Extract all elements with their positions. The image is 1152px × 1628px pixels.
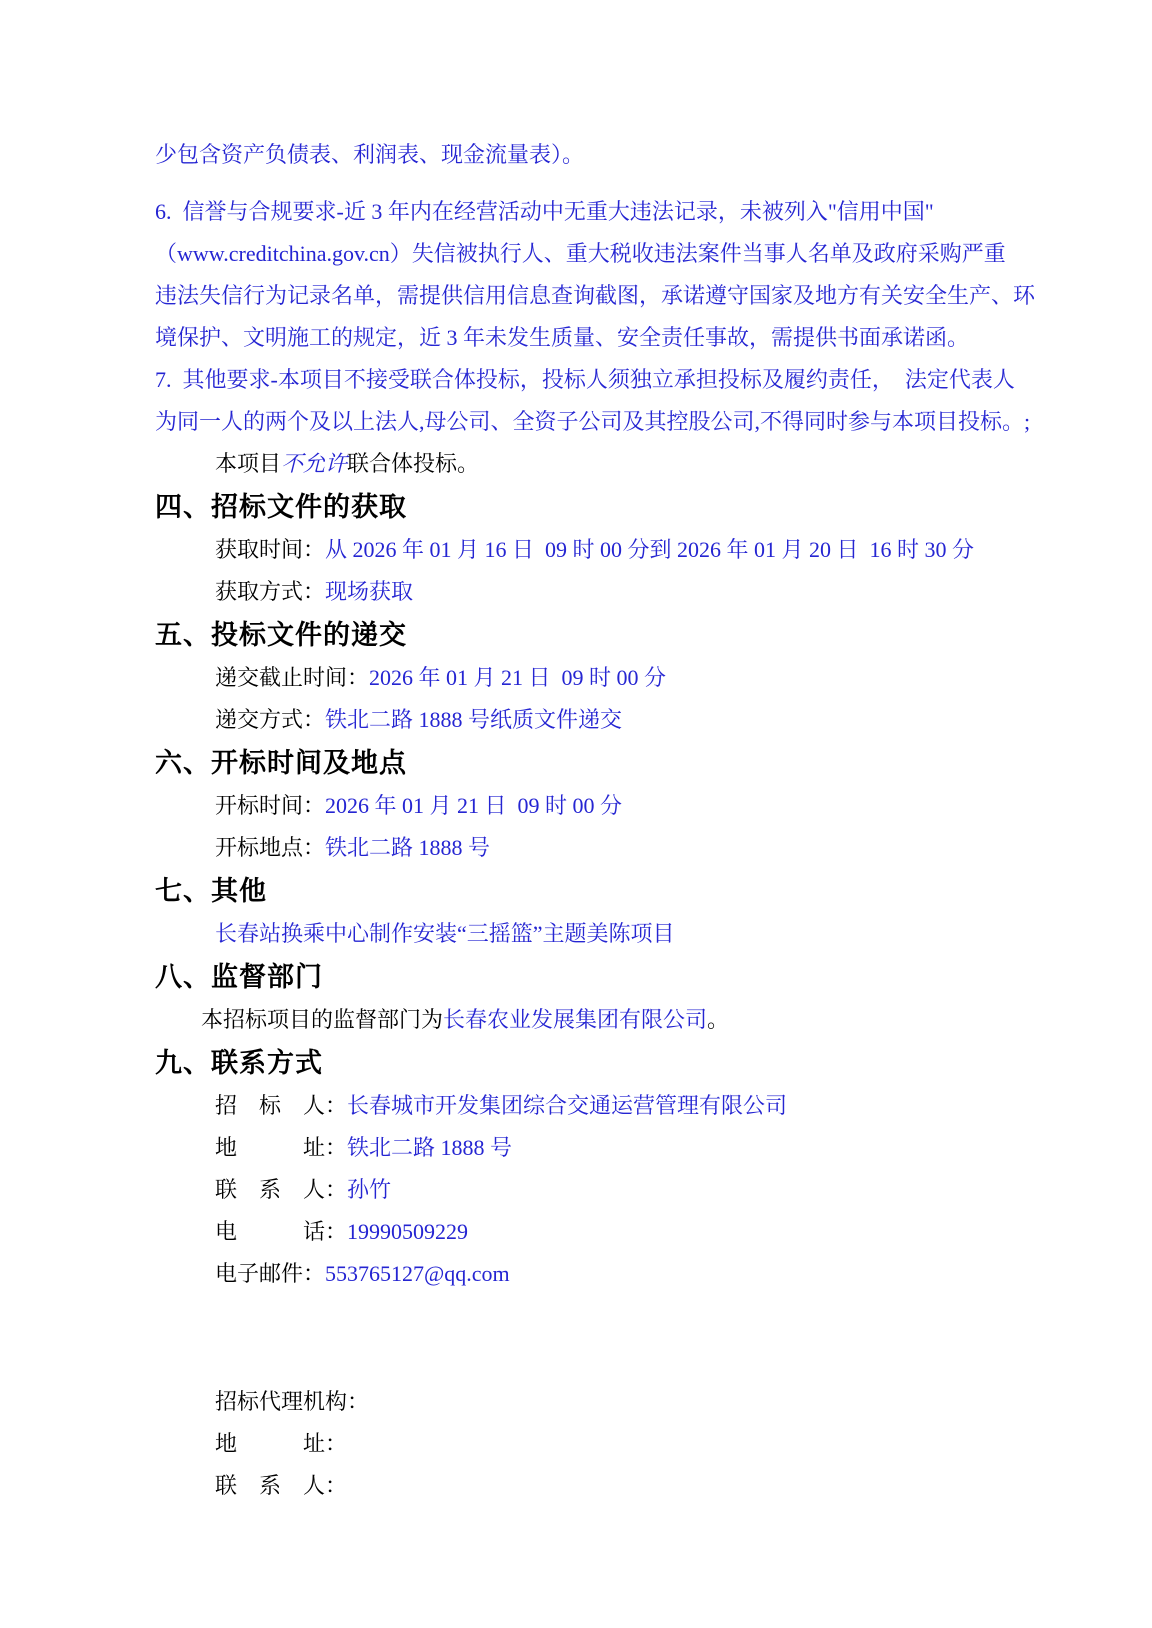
paragraph-line: 为同一人的两个及以上法人,母公司、全资子公司及其控股公司,不得同时参与本项目投标… (155, 401, 1022, 443)
spacer (155, 176, 1022, 191)
text-segment: 7. 其他要求-本项目不接受联合体投标，投标人须独立承担投标及履约责任， 法定代… (155, 367, 1015, 392)
paragraph-line: 本招标项目的监督部门为长春农业发展集团有限公司。 (155, 999, 1022, 1041)
section-heading: 六、开标时间及地点 (155, 741, 1022, 785)
section-heading: 八、监督部门 (155, 955, 1022, 999)
text-segment: 553765127@qq.com (325, 1261, 510, 1286)
spacer (155, 1295, 1022, 1381)
paragraph-line: 境保护、文明施工的规定，近 3 年未发生质量、安全责任事故，需提供书面承诺函。 (155, 317, 1022, 359)
text-segment: 六、开标时间及地点 (155, 748, 407, 778)
text-segment: 地 址： (215, 1431, 347, 1456)
text-segment: 不允许 (281, 451, 347, 476)
text-segment: 获取时间： (215, 537, 325, 562)
text-segment: 2026 年 01 月 21 日 09 时 00 分 (325, 793, 622, 818)
paragraph-line: 电 话：19990509229 (155, 1211, 1022, 1253)
paragraph-line: 电子邮件：553765127@qq.com (155, 1253, 1022, 1295)
text-segment: 为同一人的两个及以上法人,母公司、全资子公司及其控股公司,不得同时参与本项目投标… (155, 409, 1030, 434)
paragraph-line: 本项目不允许联合体投标。 (155, 443, 1022, 485)
paragraph-line: 长春站换乘中心制作安装“三摇篮”主题美陈项目 (155, 913, 1022, 955)
text-segment: 递交方式： (215, 707, 325, 732)
text-segment: 铁北二路 1888 号 (347, 1135, 512, 1160)
text-segment: 九、联系方式 (155, 1048, 323, 1078)
text-segment: 获取方式： (215, 579, 325, 604)
paragraph-line: 获取时间：从 2026 年 01 月 16 日 09 时 00 分到 2026 … (155, 529, 1022, 571)
text-segment: 开标地点： (215, 835, 325, 860)
text-segment: 五、投标文件的递交 (155, 620, 407, 650)
document-page: 少包含资产负债表、利润表、现金流量表）。6. 信誉与合规要求-近 3 年内在经营… (0, 0, 1152, 1628)
text-segment: 2026 年 01 月 21 日 09 时 00 分 (369, 665, 666, 690)
text-segment: 本项目 (215, 451, 281, 476)
text-segment: 八、监督部门 (155, 962, 323, 992)
paragraph-line: 7. 其他要求-本项目不接受联合体投标，投标人须独立承担投标及履约责任， 法定代… (155, 359, 1022, 401)
paragraph-line: 地 址：铁北二路 1888 号 (155, 1127, 1022, 1169)
text-segment: 19990509229 (347, 1219, 468, 1244)
paragraph-line: 地 址： (155, 1423, 1022, 1465)
text-segment: 从 2026 年 01 月 16 日 09 时 00 分到 2026 年 01 … (325, 537, 974, 562)
text-segment: 境保护、文明施工的规定，近 3 年未发生质量、安全责任事故，需提供书面承诺函。 (155, 325, 969, 350)
text-segment: 七、其他 (155, 876, 267, 906)
paragraph-line: 联 系 人： (155, 1465, 1022, 1507)
text-segment: 铁北二路 1888 号纸质文件递交 (325, 707, 622, 732)
text-segment: 少包含资产负债表、利润表、现金流量表）。 (155, 142, 584, 167)
text-segment: 开标时间： (215, 793, 325, 818)
text-segment: 电 话： (215, 1219, 347, 1244)
text-segment: 违法失信行为记录名单，需提供信用信息查询截图，承诺遵守国家及地方有关安全生产、环 (155, 283, 1035, 308)
paragraph-line: 招 标 人：长春城市开发集团综合交通运营管理有限公司 (155, 1085, 1022, 1127)
paragraph-line: 开标时间：2026 年 01 月 21 日 09 时 00 分 (155, 785, 1022, 827)
text-segment: 。 (707, 1007, 729, 1032)
text-segment: 递交截止时间： (215, 665, 369, 690)
paragraph-line: 获取方式：现场获取 (155, 571, 1022, 613)
text-segment: 电子邮件： (215, 1261, 325, 1286)
section-heading: 五、投标文件的递交 (155, 613, 1022, 657)
paragraph-line: 招标代理机构： (155, 1381, 1022, 1423)
text-segment: 长春站换乘中心制作安装“三摇篮”主题美陈项目 (215, 921, 675, 946)
paragraph-line: 违法失信行为记录名单，需提供信用信息查询截图，承诺遵守国家及地方有关安全生产、环 (155, 275, 1022, 317)
text-segment: 联合体投标。 (347, 451, 479, 476)
text-segment: 地 址： (215, 1135, 347, 1160)
text-segment: 联 系 人： (215, 1473, 347, 1498)
text-segment: 现场获取 (325, 579, 413, 604)
text-segment: 长春农业发展集团有限公司 (443, 1007, 707, 1032)
text-segment: 6. 信誉与合规要求-近 3 年内在经营活动中无重大违法记录，未被列入"信用中国… (155, 199, 934, 224)
paragraph-line: 联 系 人：孙竹 (155, 1169, 1022, 1211)
text-segment: （www.creditchina.gov.cn）失信被执行人、重大税收违法案件当… (155, 241, 1006, 266)
section-heading: 九、联系方式 (155, 1041, 1022, 1085)
text-segment: 联 系 人： (215, 1177, 347, 1202)
section-heading: 四、招标文件的获取 (155, 485, 1022, 529)
paragraph-line: 6. 信誉与合规要求-近 3 年内在经营活动中无重大违法记录，未被列入"信用中国… (155, 191, 1022, 233)
text-segment: 招标代理机构： (215, 1389, 369, 1414)
text-segment: 四、招标文件的获取 (155, 492, 407, 522)
paragraph-line: （www.creditchina.gov.cn）失信被执行人、重大税收违法案件当… (155, 233, 1022, 275)
paragraph-line: 递交方式：铁北二路 1888 号纸质文件递交 (155, 699, 1022, 741)
paragraph-line: 递交截止时间：2026 年 01 月 21 日 09 时 00 分 (155, 657, 1022, 699)
text-segment: 孙竹 (347, 1177, 391, 1202)
text-segment: 铁北二路 1888 号 (325, 835, 490, 860)
text-segment: 长春城市开发集团综合交通运营管理有限公司 (347, 1093, 787, 1118)
text-segment: 招 标 人： (215, 1093, 347, 1118)
paragraph-line: 开标地点：铁北二路 1888 号 (155, 827, 1022, 869)
section-heading: 七、其他 (155, 869, 1022, 913)
text-segment: 本招标项目的监督部门为 (201, 1007, 443, 1032)
paragraph-line: 少包含资产负债表、利润表、现金流量表）。 (155, 134, 1022, 176)
